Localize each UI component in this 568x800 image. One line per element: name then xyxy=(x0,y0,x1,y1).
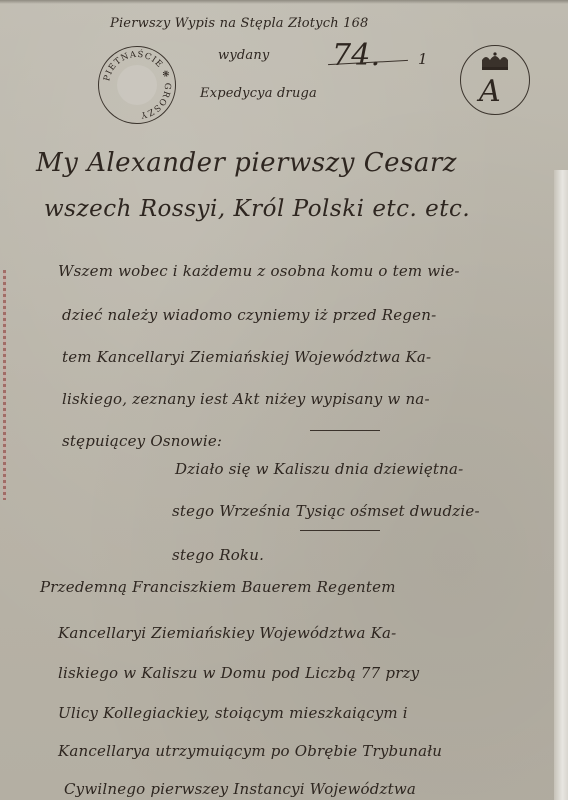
body-line-5: stępuiącey Osnowie: xyxy=(62,432,222,450)
document-number-suffix: 1 xyxy=(418,50,428,68)
seal-monogram: A xyxy=(479,74,501,109)
body-line-3: tem Kancellaryi Ziemiańskiej Województwa… xyxy=(62,348,431,366)
header-first-line: Pierwszy Wypis na Stępla Złotych 168 xyxy=(110,16,369,31)
section2-line-1: Przedemną Franciszkiem Bauerem Regentem xyxy=(40,578,396,596)
section2-line-3: liskiego w Kaliszu w Domu pod Liczbą 77 … xyxy=(58,664,419,682)
binding-thread xyxy=(3,270,6,500)
section2-line-6: Cywilnego pierwszey Instancyi Województw… xyxy=(64,780,416,798)
dated-line-3: stego Roku. xyxy=(172,546,264,564)
line-filler xyxy=(310,430,380,431)
body-line-4: liskiego, zeznany iest Akt niżey wypisan… xyxy=(62,390,430,408)
body-line-2: dzieć należy wiadomo czyniemy iż przed R… xyxy=(62,306,436,324)
paper-right-edge xyxy=(554,170,568,800)
line-filler-2 xyxy=(300,530,380,531)
title-line-1: My Alexander pierwszy Cesarz xyxy=(36,148,457,178)
title-line-2: wszech Rossyi, Król Polski etc. etc. xyxy=(44,196,470,222)
crown-icon xyxy=(480,52,510,72)
document-number: 74. xyxy=(332,38,380,73)
expedition-line: Expedycya druga xyxy=(200,86,317,101)
section2-line-4: Ulicy Kollegiackiey, stoiącym mieszkaiąc… xyxy=(58,704,408,722)
paper-top-edge xyxy=(0,0,568,4)
document-page: Pierwszy Wypis na Stępla Złotych 168 wyd… xyxy=(0,0,568,800)
dated-line-2: stego Września Tysiąc ośmset dwudzie- xyxy=(172,502,480,520)
header-wydany: wydany xyxy=(218,48,269,63)
section2-line-2: Kancellaryi Ziemiańskiey Województwa Ka- xyxy=(58,624,396,642)
section2-line-5: Kancellarya utrzymuiącym po Obrębie Tryb… xyxy=(58,742,442,760)
revenue-stamp-text-icon: PIETNAŚCIE ❋ GROSZY xyxy=(99,47,175,123)
dated-line-1: Działo się w Kaliszu dnia dziewiętna- xyxy=(175,460,463,478)
royal-seal: A xyxy=(460,45,530,115)
revenue-stamp: PIETNAŚCIE ❋ GROSZY xyxy=(98,46,176,124)
body-line-1: Wszem wobec i każdemu z osobna komu o te… xyxy=(58,262,460,280)
